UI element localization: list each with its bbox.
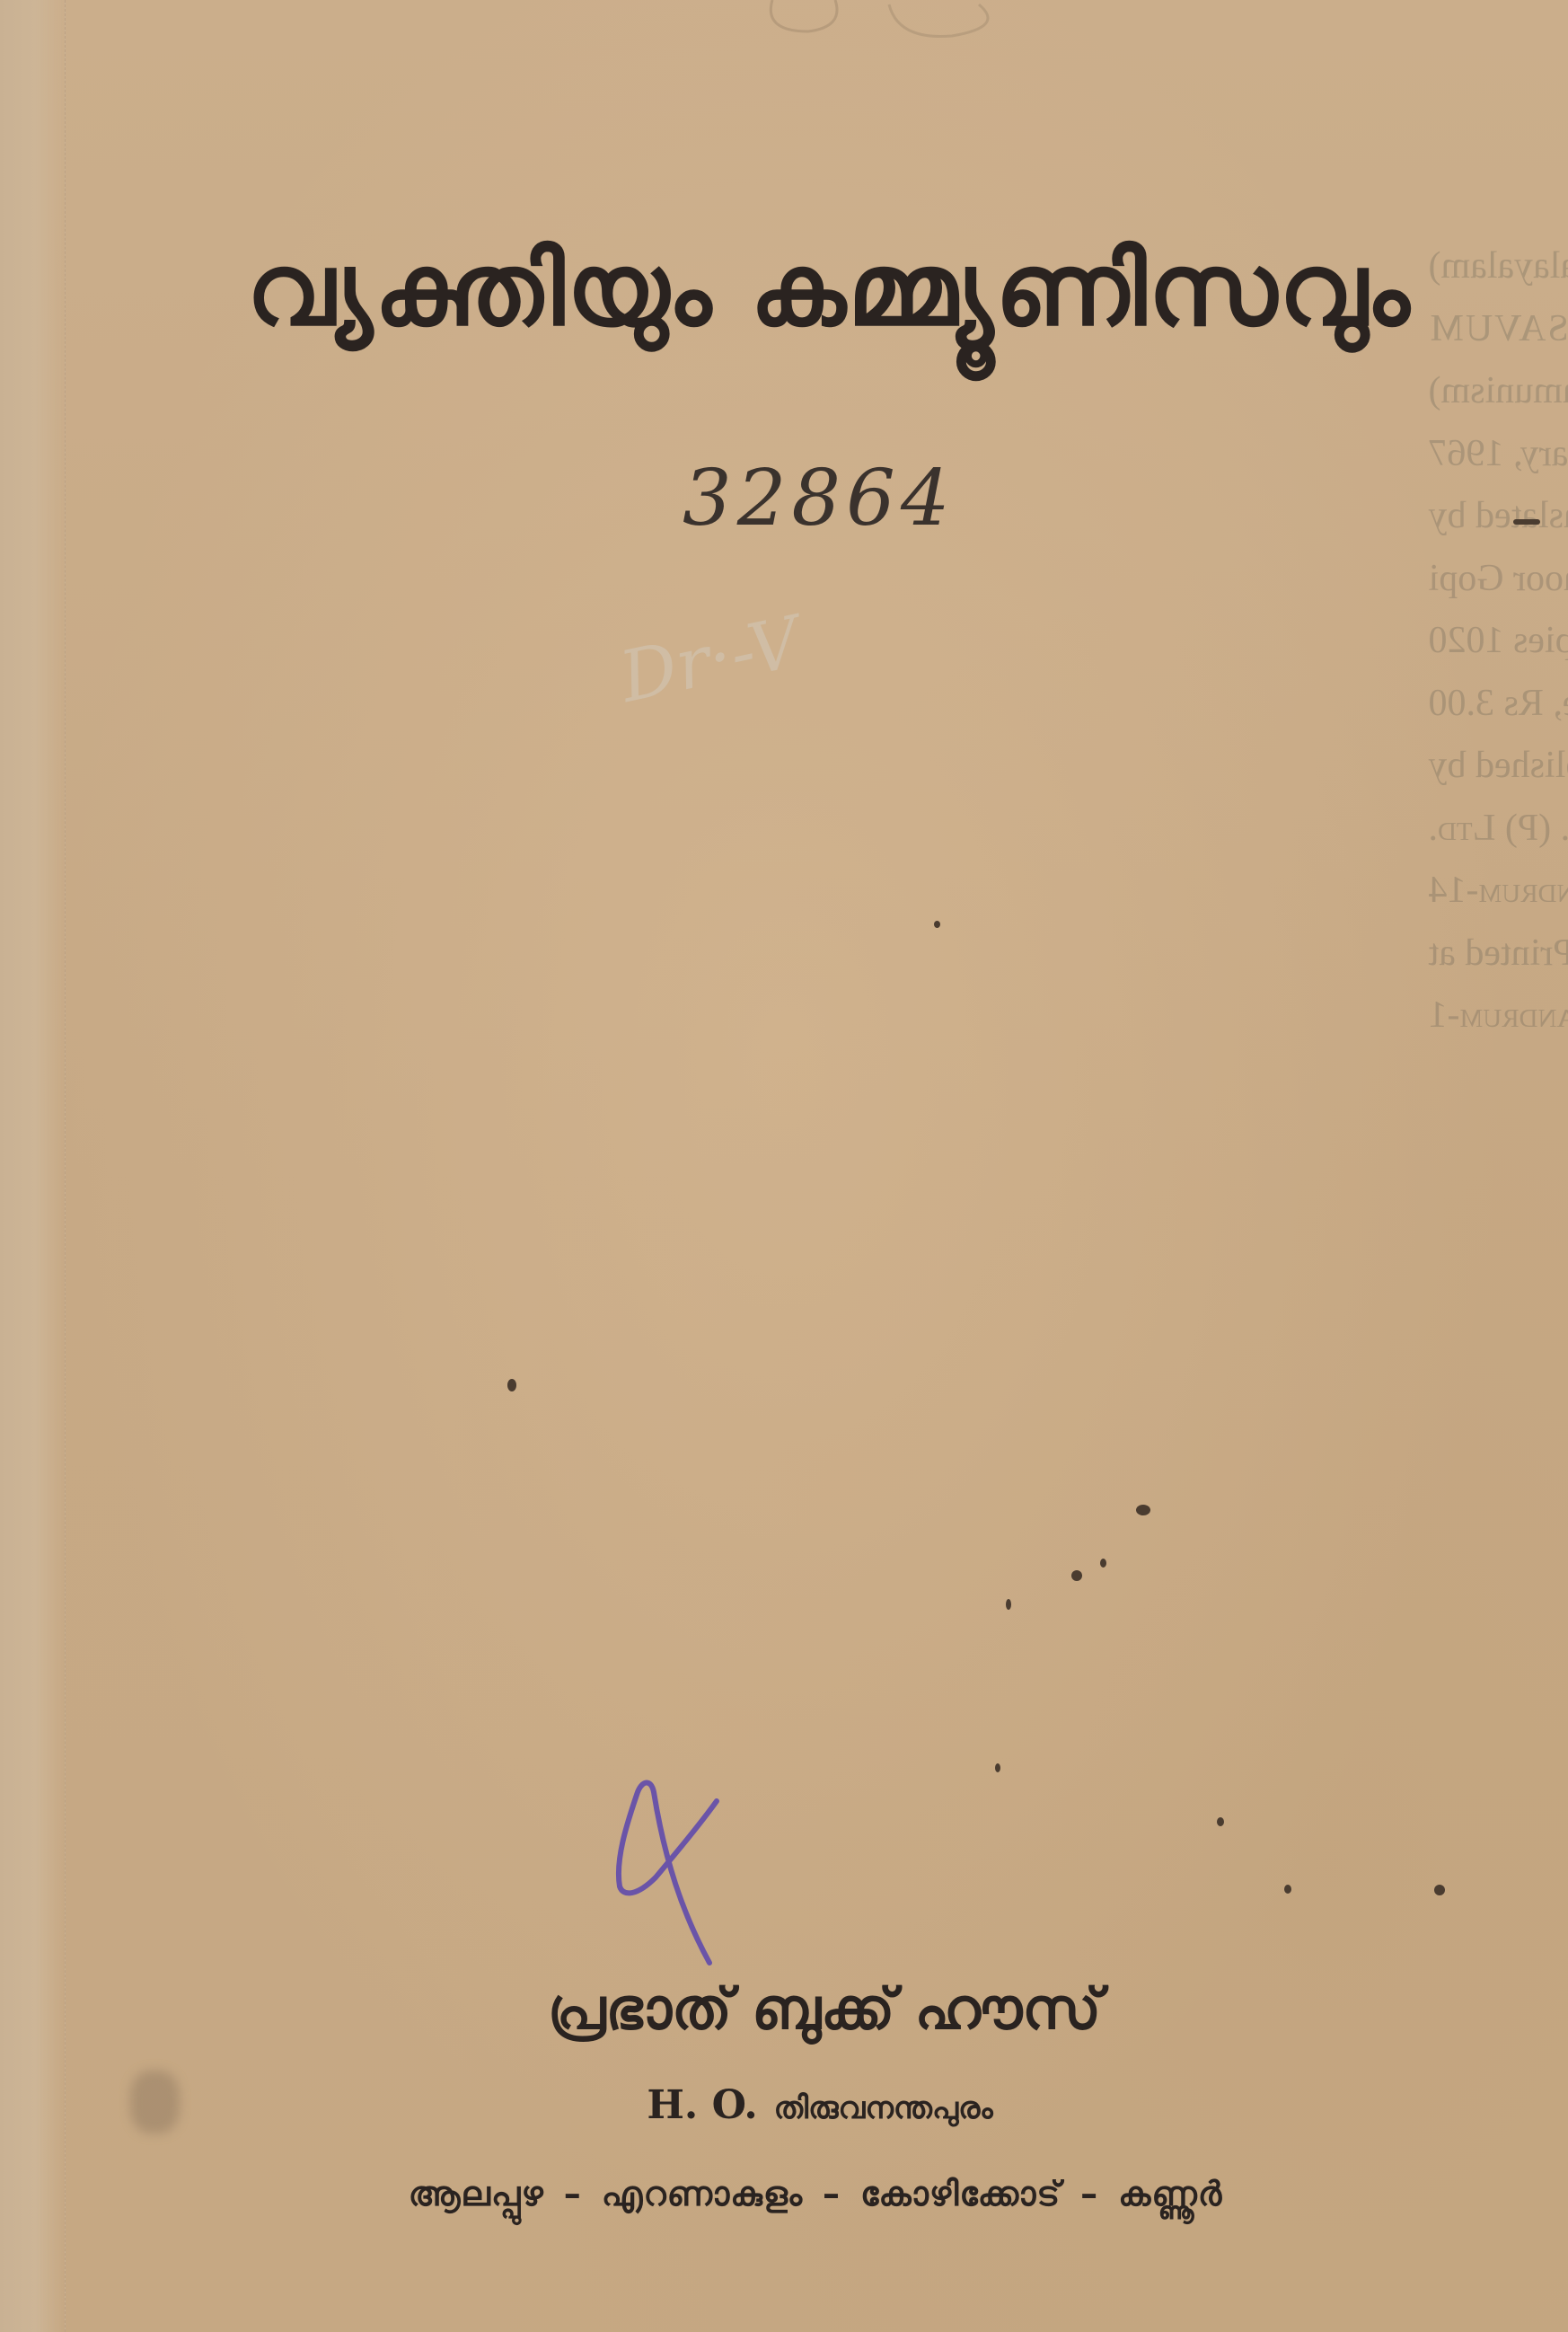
bleed-line: Prabhatham Printing & Publishing Co. (P)… — [1429, 798, 1568, 861]
bleed-through-text: (Malayalam) VYAKTHIYUM COMMUNISAVUM (The… — [1429, 235, 1568, 1047]
separator: – — [564, 2174, 582, 2213]
paper-speck — [1284, 1885, 1291, 1894]
branch-cities: ആലപ്പുഴ–എറണാകുളം–കോഴിക്കോട്–കണ്ണൂർ — [0, 2174, 1568, 2214]
scanned-page: (Malayalam) VYAKTHIYUM COMMUNISAVUM (The… — [0, 0, 1568, 2332]
bleed-line: Indianoor Gopi — [1429, 548, 1568, 611]
bleed-line: Published by — [1429, 735, 1568, 798]
bleed-line: Price, Rs 3.00 — [1429, 673, 1568, 736]
paper-speck — [1136, 1505, 1150, 1515]
bleed-line: Printed at — [1429, 923, 1568, 985]
paper-speck — [1071, 1570, 1082, 1581]
branch-city: എറണാകുളം — [602, 2174, 803, 2213]
paper-speck — [507, 1379, 516, 1391]
head-office-line: H. O.തിരുവനന്തപുരം — [0, 2082, 1568, 2128]
paper-speck — [1217, 1817, 1224, 1826]
paper-speck — [1434, 1885, 1445, 1895]
bleed-line: January, 1967 — [1429, 423, 1568, 486]
separator: – — [1080, 2174, 1098, 2213]
bleed-line: Translated by — [1429, 485, 1568, 548]
book-title: വ്യക്തിയും കമ്മ്യൂണിസവും — [0, 232, 1568, 350]
paper-speck — [1100, 1559, 1106, 1568]
bleed-line: Copies 1020 — [1429, 610, 1568, 673]
paper-speck — [995, 1763, 1000, 1772]
branch-city: ആലപ്പുഴ — [409, 2174, 544, 2213]
separator: – — [823, 2174, 841, 2213]
paper-speck — [1006, 1599, 1011, 1610]
paper-speck — [1513, 519, 1540, 525]
publisher-name: പ്രഭാത് ബുക്ക് ഹൗസ് — [0, 1976, 1568, 2043]
purple-ink-check-mark — [611, 1761, 808, 1976]
bleed-line: (The Individual and Communism) — [1429, 360, 1568, 423]
handwritten-accession-number: 32864 — [683, 454, 956, 543]
paper-speck — [934, 921, 940, 928]
faded-stamp-mark — [745, 0, 1123, 72]
branch-city: കണ്ണൂർ — [1118, 2174, 1222, 2213]
head-office-city: തിരുവനന്തപുരം — [774, 2090, 993, 2126]
bleed-line: The Union Press, Trivandrum-1 — [1429, 985, 1568, 1047]
branch-city: കോഴിക്കോട് — [860, 2174, 1061, 2213]
head-office-label: H. O. — [647, 2082, 757, 2128]
bleed-line: H. O. Trivandrum-14 — [1429, 860, 1568, 923]
pencil-annotation: Dr·-V — [613, 602, 807, 719]
